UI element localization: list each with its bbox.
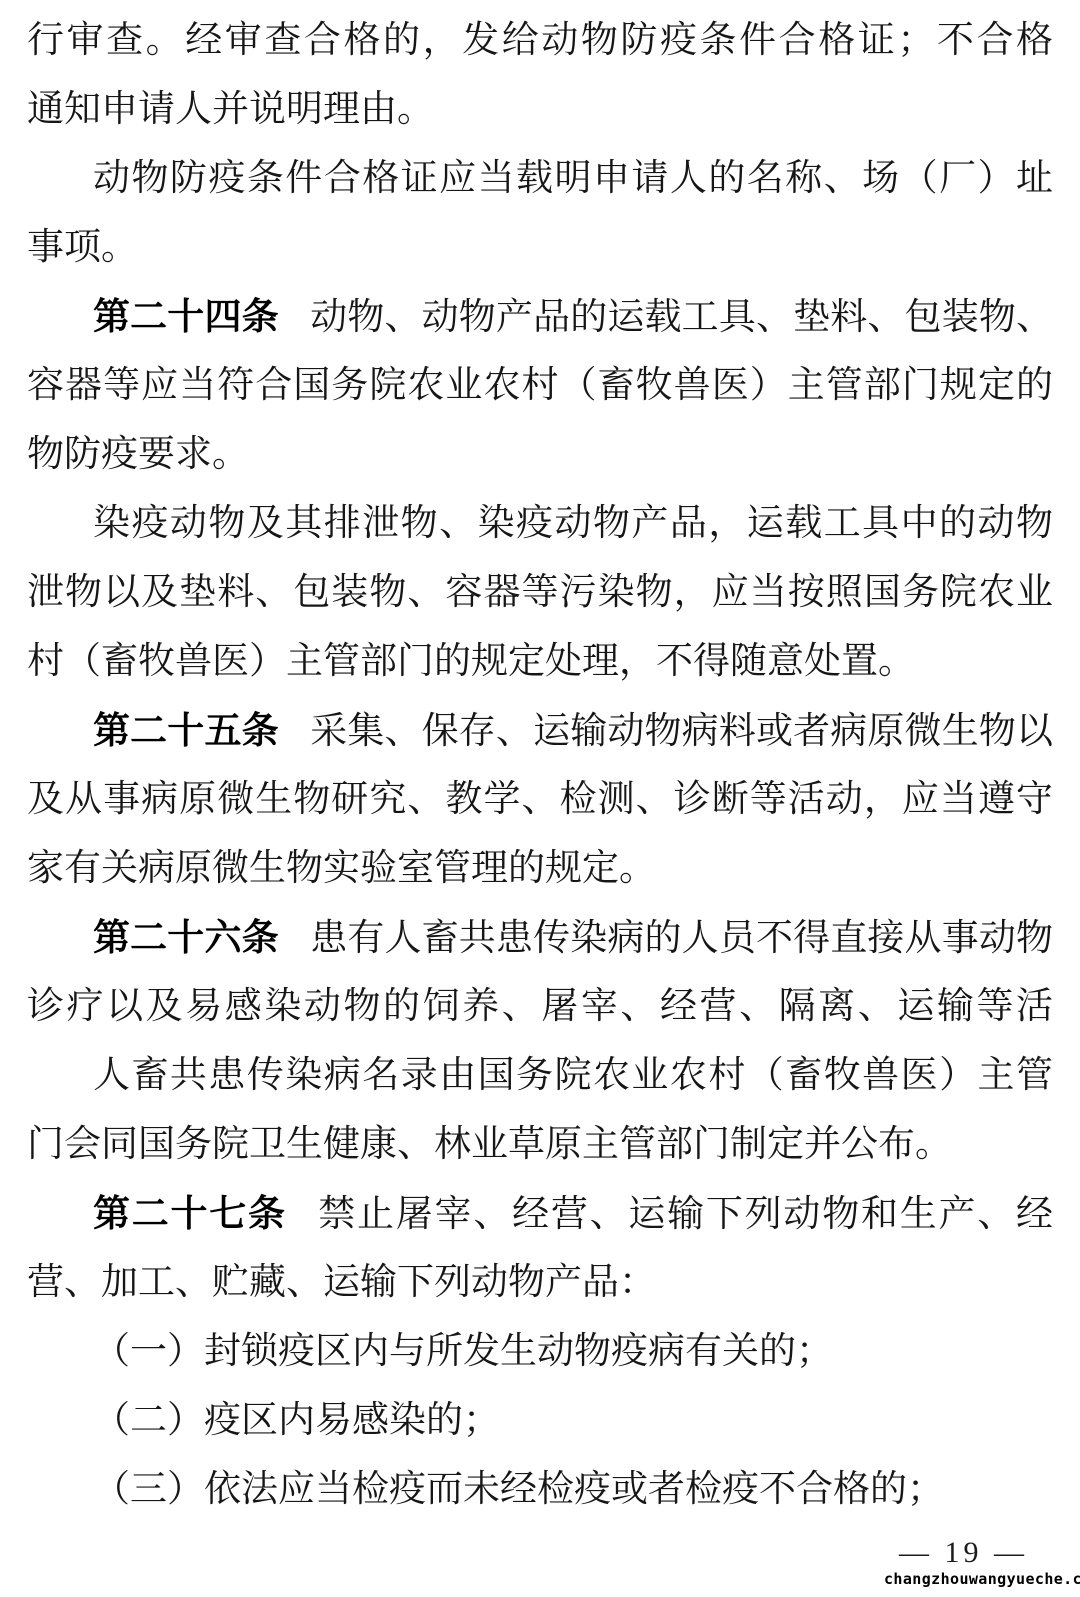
document-line-article: 第二十六条患有人畜共患传染病的人员不得直接从事动物 [27,903,1053,972]
document-line: 门会同国务院卫生健康、林业草原主管部门制定并公布。 [27,1110,1053,1179]
watermark-url: changzhouwangyueche.cc [884,1570,1080,1588]
document-line: 人畜共患传染病名录由国务院农业农村（畜牧兽医）主管部 [27,1041,1053,1110]
document-line: 物防疫要求。 [27,420,1053,489]
document-line: 村（畜牧兽医）主管部门的规定处理，不得随意处置。 [27,627,1053,696]
document-line: 泄物以及垫料、包装物、容器等污染物，应当按照国务院农业农 [27,558,1053,627]
article-number: 第二十四条 [93,296,279,337]
document-line: 通知申请人并说明理由。 [27,75,1053,144]
document-line: 家有关病原微生物实验室管理的规定。 [27,834,1053,903]
document-list-item: （二）疫区内易感染的； [27,1386,1053,1455]
document-list-item: （三）依法应当检疫而未经检疫或者检疫不合格的； [27,1455,1053,1524]
document-line-article: 第二十七条禁止屠宰、经营、运输下列动物和生产、经 [27,1179,1053,1248]
line-text: 动物、动物产品的运载工具、垫料、包装物、 [310,297,1053,338]
line-text: 患有人畜共患传染病的人员不得直接从事动物 [310,918,1053,959]
document-line: 容器等应当符合国务院农业农村（畜牧兽医）主管部门规定的动 [27,351,1053,420]
document-line: 行审查。经审查合格的，发给动物防疫条件合格证；不合格的， [27,6,1053,75]
document-line: 诊疗以及易感染动物的饲养、屠宰、经营、隔离、运输等活动。 [27,972,1053,1041]
document-line-article: 第二十四条动物、动物产品的运载工具、垫料、包装物、 [27,282,1053,351]
document-line: 动物防疫条件合格证应当载明申请人的名称、场（厂）址等 [27,144,1053,213]
line-text: 采集、保存、运输动物病料或者病原微生物以 [310,711,1053,752]
line-text: 禁止屠宰、经营、运输下列动物和生产、经 [318,1194,1053,1235]
page-number: — 19 — [899,1536,1028,1570]
document-line: 及从事病原微生物研究、教学、检测、诊断等活动，应当遵守国 [27,765,1053,834]
document-line: 事项。 [27,213,1053,282]
article-number: 第二十七条 [93,1193,287,1234]
document-list-item: （一）封锁疫区内与所发生动物疫病有关的； [27,1317,1053,1386]
document-line: 染疫动物及其排泄物、染疫动物产品，运载工具中的动物排 [27,489,1053,558]
article-number: 第二十五条 [93,710,279,751]
article-number: 第二十六条 [93,917,279,958]
document-body: 行审查。经审查合格的，发给动物防疫条件合格证；不合格的， 通知申请人并说明理由。… [27,6,1053,1524]
document-line: 营、加工、贮藏、运输下列动物产品： [27,1248,1053,1317]
document-line-article: 第二十五条采集、保存、运输动物病料或者病原微生物以 [27,696,1053,765]
